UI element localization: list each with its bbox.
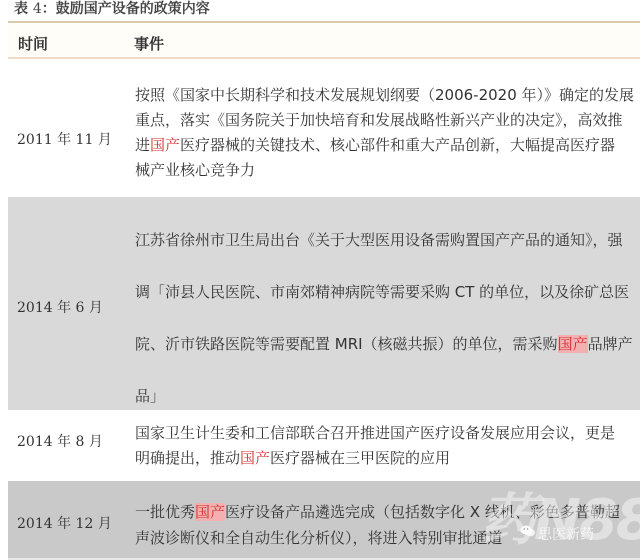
event-line: 明确提出，推动国产医疗器械在三甲医院的应用 [135, 446, 635, 471]
event-line: 重点，落实《国务院关于加快培育和发展战略性新兴产业的决定》，高效推 [135, 108, 635, 133]
row-event: 江苏省徐州市卫生局出台《关于大型医用设备需购置国产产品的通知》，强 调「沛县人民… [135, 214, 635, 422]
event-line: 院、沂市铁路医院等需要配置 MRI（核磁共振）的单位，需采购国产品牌产 [135, 318, 635, 370]
header-rule-divider [8, 57, 640, 59]
event-line: 调「沛县人民医院、市南郊精神病院等需要采购 CT 的单位，以及徐矿总医 [135, 266, 635, 318]
highlight-keyword: 国产 [558, 335, 588, 353]
event-line: 按照《国家中长期科学和技术发展规划纲要（2006-2020 年）》确定的发展 [135, 83, 635, 108]
event-text: 医疗器械的关键技术、核心部件和重大产品创新，大幅提高医疗器 [180, 136, 615, 154]
table-caption: 表 4：鼓励国产设备的政策内容 [14, 0, 210, 20]
event-line: 江苏省徐州市卫生局出台《关于大型医用设备需购置国产产品的通知》，强 [135, 214, 635, 266]
table-row: 2014 年 12 月 一批优秀国产医疗设备产品遴选完成（包括数字化 X 线机、… [8, 481, 640, 558]
event-text: 国家卫生计生委和工信部联合召开推进国产医疗设备发展应用会议，更是 [135, 424, 615, 442]
highlight-keyword: 国产 [240, 449, 270, 467]
event-line: 声波诊断仪和全自动生化分析仪），将进入特别审批通道 [135, 525, 635, 551]
event-text: 明确提出，推动 [135, 449, 240, 467]
date-year: 2014 [17, 516, 53, 532]
row-date: 2014 年 6 月 [17, 297, 103, 317]
table-row: 2014 年 8 月 国家卫生计生委和工信部联合召开推进国产医疗设备发展应用会议… [8, 411, 640, 479]
caption-number: 4 [33, 1, 42, 17]
event-text: 声波诊断仪和全自动生化分析仪），将进入特别审批通道 [135, 529, 503, 547]
caption-title: 鼓励国产设备的政策内容 [56, 1, 210, 17]
date-month: 8 [76, 434, 85, 450]
event-text: 品牌产 [588, 335, 633, 353]
date-year-unit: 年 [57, 516, 71, 532]
column-header-time: 时间 [18, 33, 48, 54]
date-month: 12 [76, 516, 94, 532]
date-month-unit: 月 [89, 300, 103, 316]
event-text: 院、沂市铁路医院等需要配置 MRI（核磁共振）的单位，需采购 [135, 335, 558, 353]
date-month: 6 [76, 300, 85, 316]
date-year: 2011 [17, 132, 53, 148]
event-text: 按照《国家中长期科学和技术发展规划纲要（2006-2020 年）》确定的发展 [135, 86, 634, 104]
row-date: 2014 年 8 月 [17, 431, 103, 451]
caption-prefix: 表 [14, 1, 28, 17]
row-event: 国家卫生计生委和工信部联合召开推进国产医疗设备发展应用会议，更是 明确提出，推动… [135, 421, 635, 471]
table-row: 2011 年 11 月 按照《国家中长期科学和技术发展规划纲要（2006-202… [8, 83, 640, 187]
caption-separator: ： [42, 1, 56, 17]
date-month-unit: 月 [98, 516, 112, 532]
event-line: 国家卫生计生委和工信部联合召开推进国产医疗设备发展应用会议，更是 [135, 421, 635, 446]
event-line: 进国产医疗器械的关键技术、核心部件和重大产品创新，大幅提高医疗器 [135, 133, 635, 158]
highlight-keyword: 国产 [195, 503, 225, 521]
date-year-unit: 年 [57, 434, 71, 450]
date-month-unit: 月 [98, 132, 112, 148]
date-year: 2014 [17, 300, 53, 316]
event-text: 调「沛县人民医院、市南郊精神病院等需要采购 CT 的单位，以及徐矿总医 [135, 283, 629, 301]
event-text: 械产业核心竞争力 [135, 161, 255, 179]
date-month-unit: 月 [89, 434, 103, 450]
event-text: 进 [135, 136, 150, 154]
row-date: 2014 年 12 月 [17, 513, 112, 533]
table-header: 时间 事件 [8, 23, 640, 57]
event-text: 品」 [135, 387, 165, 405]
event-text: 一批优秀 [135, 503, 195, 521]
row-date: 2011 年 11 月 [17, 129, 112, 149]
event-line: 一批优秀国产医疗设备产品遴选完成（包括数字化 X 线机、彩色多普勒超 [135, 499, 635, 525]
highlight-keyword: 国产 [150, 136, 180, 154]
event-line: 械产业核心竞争力 [135, 158, 635, 183]
event-text: 江苏省徐州市卫生局出台《关于大型医用设备需购置国产产品的通知》，强 [135, 231, 623, 249]
date-year-unit: 年 [57, 132, 71, 148]
event-text: 医疗设备产品遴选完成（包括数字化 X 线机、彩色多普勒超 [225, 503, 620, 521]
event-text: 医疗器械在三甲医院的应用 [270, 449, 450, 467]
table-row: 2014 年 6 月 江苏省徐州市卫生局出台《关于大型医用设备需购置国产产品的通… [8, 197, 640, 410]
event-text: 重点，落实《国务院关于加快培育和发展战略性新兴产业的决定》，高效推 [135, 111, 623, 129]
row-event: 按照《国家中长期科学和技术发展规划纲要（2006-2020 年）》确定的发展 重… [135, 83, 635, 183]
row-event: 一批优秀国产医疗设备产品遴选完成（包括数字化 X 线机、彩色多普勒超 声波诊断仪… [135, 499, 635, 551]
date-month: 11 [76, 132, 94, 148]
column-header-event: 事件 [134, 33, 164, 54]
date-year: 2014 [17, 434, 53, 450]
date-year-unit: 年 [57, 300, 71, 316]
